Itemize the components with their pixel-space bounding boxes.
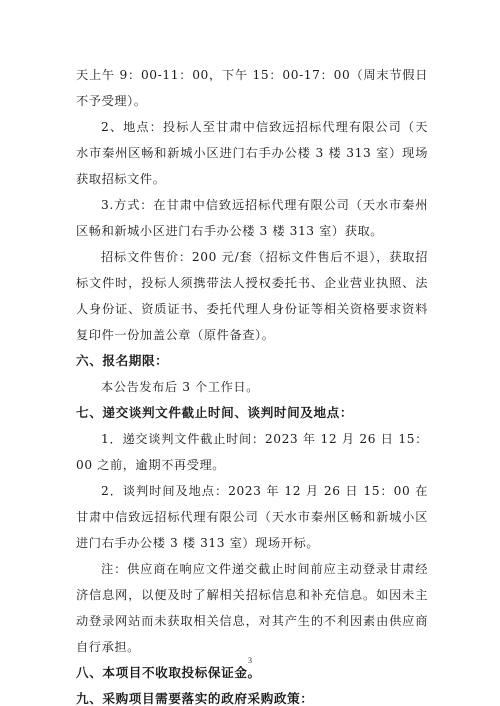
document-page: 天上午 9：00-11：00，下午 15：00-17：00（周末节假日不予受理）… (76, 62, 428, 706)
paragraph-registration-period: 本公告发布后 3 个工作日。 (76, 374, 428, 400)
paragraph-office-hours: 天上午 9：00-11：00，下午 15：00-17：00（周末节假日不予受理）… (76, 62, 428, 114)
paragraph-location: 2、地点：投标人至甘肃中信致远招标代理有限公司（天水市秦州区畅和新城小区进门右手… (76, 114, 428, 192)
paragraph-submission-deadline: 1．递交谈判文件截止时间：2023 年 12 月 26 日 15：00 之前，逾… (76, 426, 428, 478)
section-heading-deadline: 七、递交谈判文件截止时间、谈判时间及地点： (76, 400, 428, 426)
paragraph-negotiation-time-place: 2．谈判时间及地点：2023 年 12 月 26 日 15：00 在甘肃中信致远… (76, 478, 428, 556)
section-heading-registration-period: 六、报名期限： (76, 348, 428, 374)
page-number: 3 (0, 656, 500, 665)
section-heading-procurement-policy: 九、采购项目需要落实的政府采购政策： (76, 686, 428, 706)
paragraph-note: 注：供应商在响应文件递交截止时间前应主动登录甘肃经济信息网，以便及时了解相关招标… (76, 556, 428, 660)
paragraph-document-price: 招标文件售价：200 元/套（招标文件售后不退），获取招标文件时，投标人须携带法… (76, 244, 428, 348)
paragraph-method: 3.方式：在甘肃中信致远招标代理有限公司（天水市秦州区畅和新城小区进门右手办公楼… (76, 192, 428, 244)
